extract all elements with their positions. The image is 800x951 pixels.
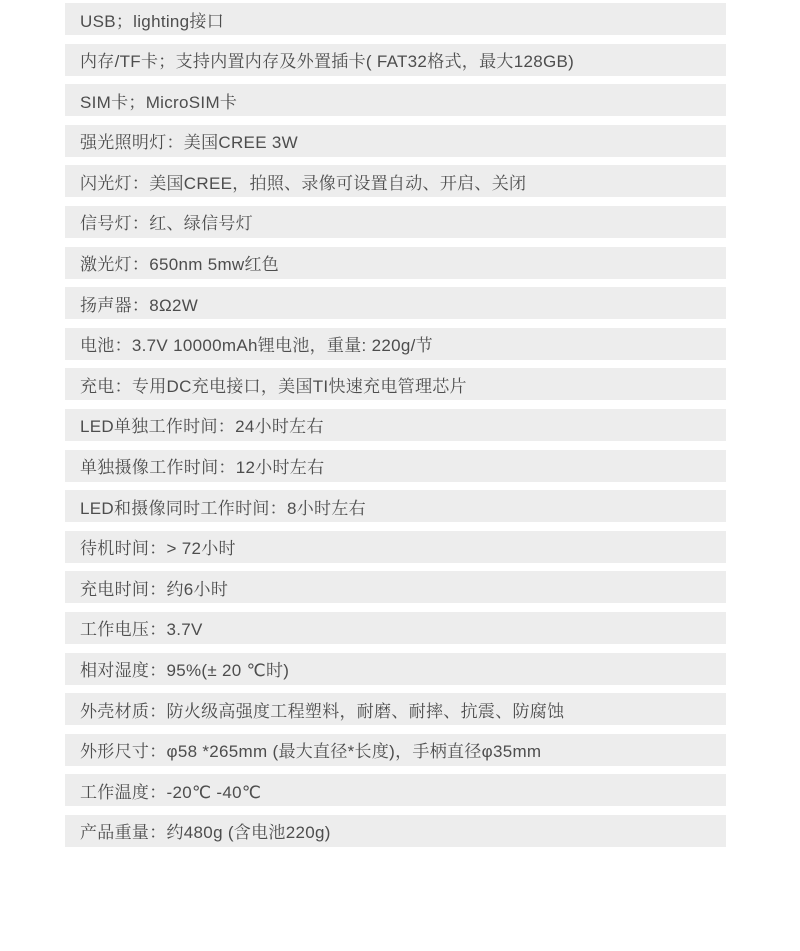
spec-row-memory-tf-card: 内存/TF卡；支持内置内存及外置插卡( FAT32格式，最大128GB) [65,44,726,76]
spec-row-working-temp: 工作温度：-20℃ -40℃ [65,774,726,806]
spec-row-flash: 闪光灯：美国CREE，拍照、录像可设置自动、开启、关闭 [65,165,726,197]
spec-row-charge-time: 充电时间：约6小时 [65,571,726,603]
spec-row-camera-work-time: 单独摄像工作时间：12小时左右 [65,450,726,482]
spec-row-relative-humidity: 相对湿度：95%(± 20 ℃时) [65,653,726,685]
spec-row-signal-lamp: 信号灯：红、绿信号灯 [65,206,726,238]
spec-row-usb: USB；lighting接口 [65,3,726,35]
spec-row-led-camera-time: LED和摄像同时工作时间：8小时左右 [65,490,726,522]
spec-row-working-voltage: 工作电压：3.7V [65,612,726,644]
spec-row-charging: 充电：专用DC充电接口，美国TI快速充电管理芯片 [65,368,726,400]
spec-row-standby-time: 待机时间：> 72小时 [65,531,726,563]
spec-row-dimensions: 外形尺寸：φ58 *265mm (最大直径*长度)，手柄直径φ35mm [65,734,726,766]
spec-row-battery: 电池：3.7V 10000mAh锂电池，重量: 220g/节 [65,328,726,360]
spec-row-shell-material: 外壳材质：防火级高强度工程塑料，耐磨、耐摔、抗震、防腐蚀 [65,693,726,725]
spec-row-sim-card: SIM卡；MicroSIM卡 [65,84,726,116]
spec-row-led-work-time: LED单独工作时间：24小时左右 [65,409,726,441]
spec-row-laser-lamp: 激光灯：650nm 5mw红色 [65,247,726,279]
spec-row-product-weight: 产品重量：约480g (含电池220g) [65,815,726,847]
product-spec-table: USB；lighting接口 内存/TF卡；支持内置内存及外置插卡( FAT32… [65,3,726,847]
spec-row-speaker: 扬声器：8Ω2W [65,287,726,319]
spec-row-flashlight-lamp: 强光照明灯：美国CREE 3W [65,125,726,157]
